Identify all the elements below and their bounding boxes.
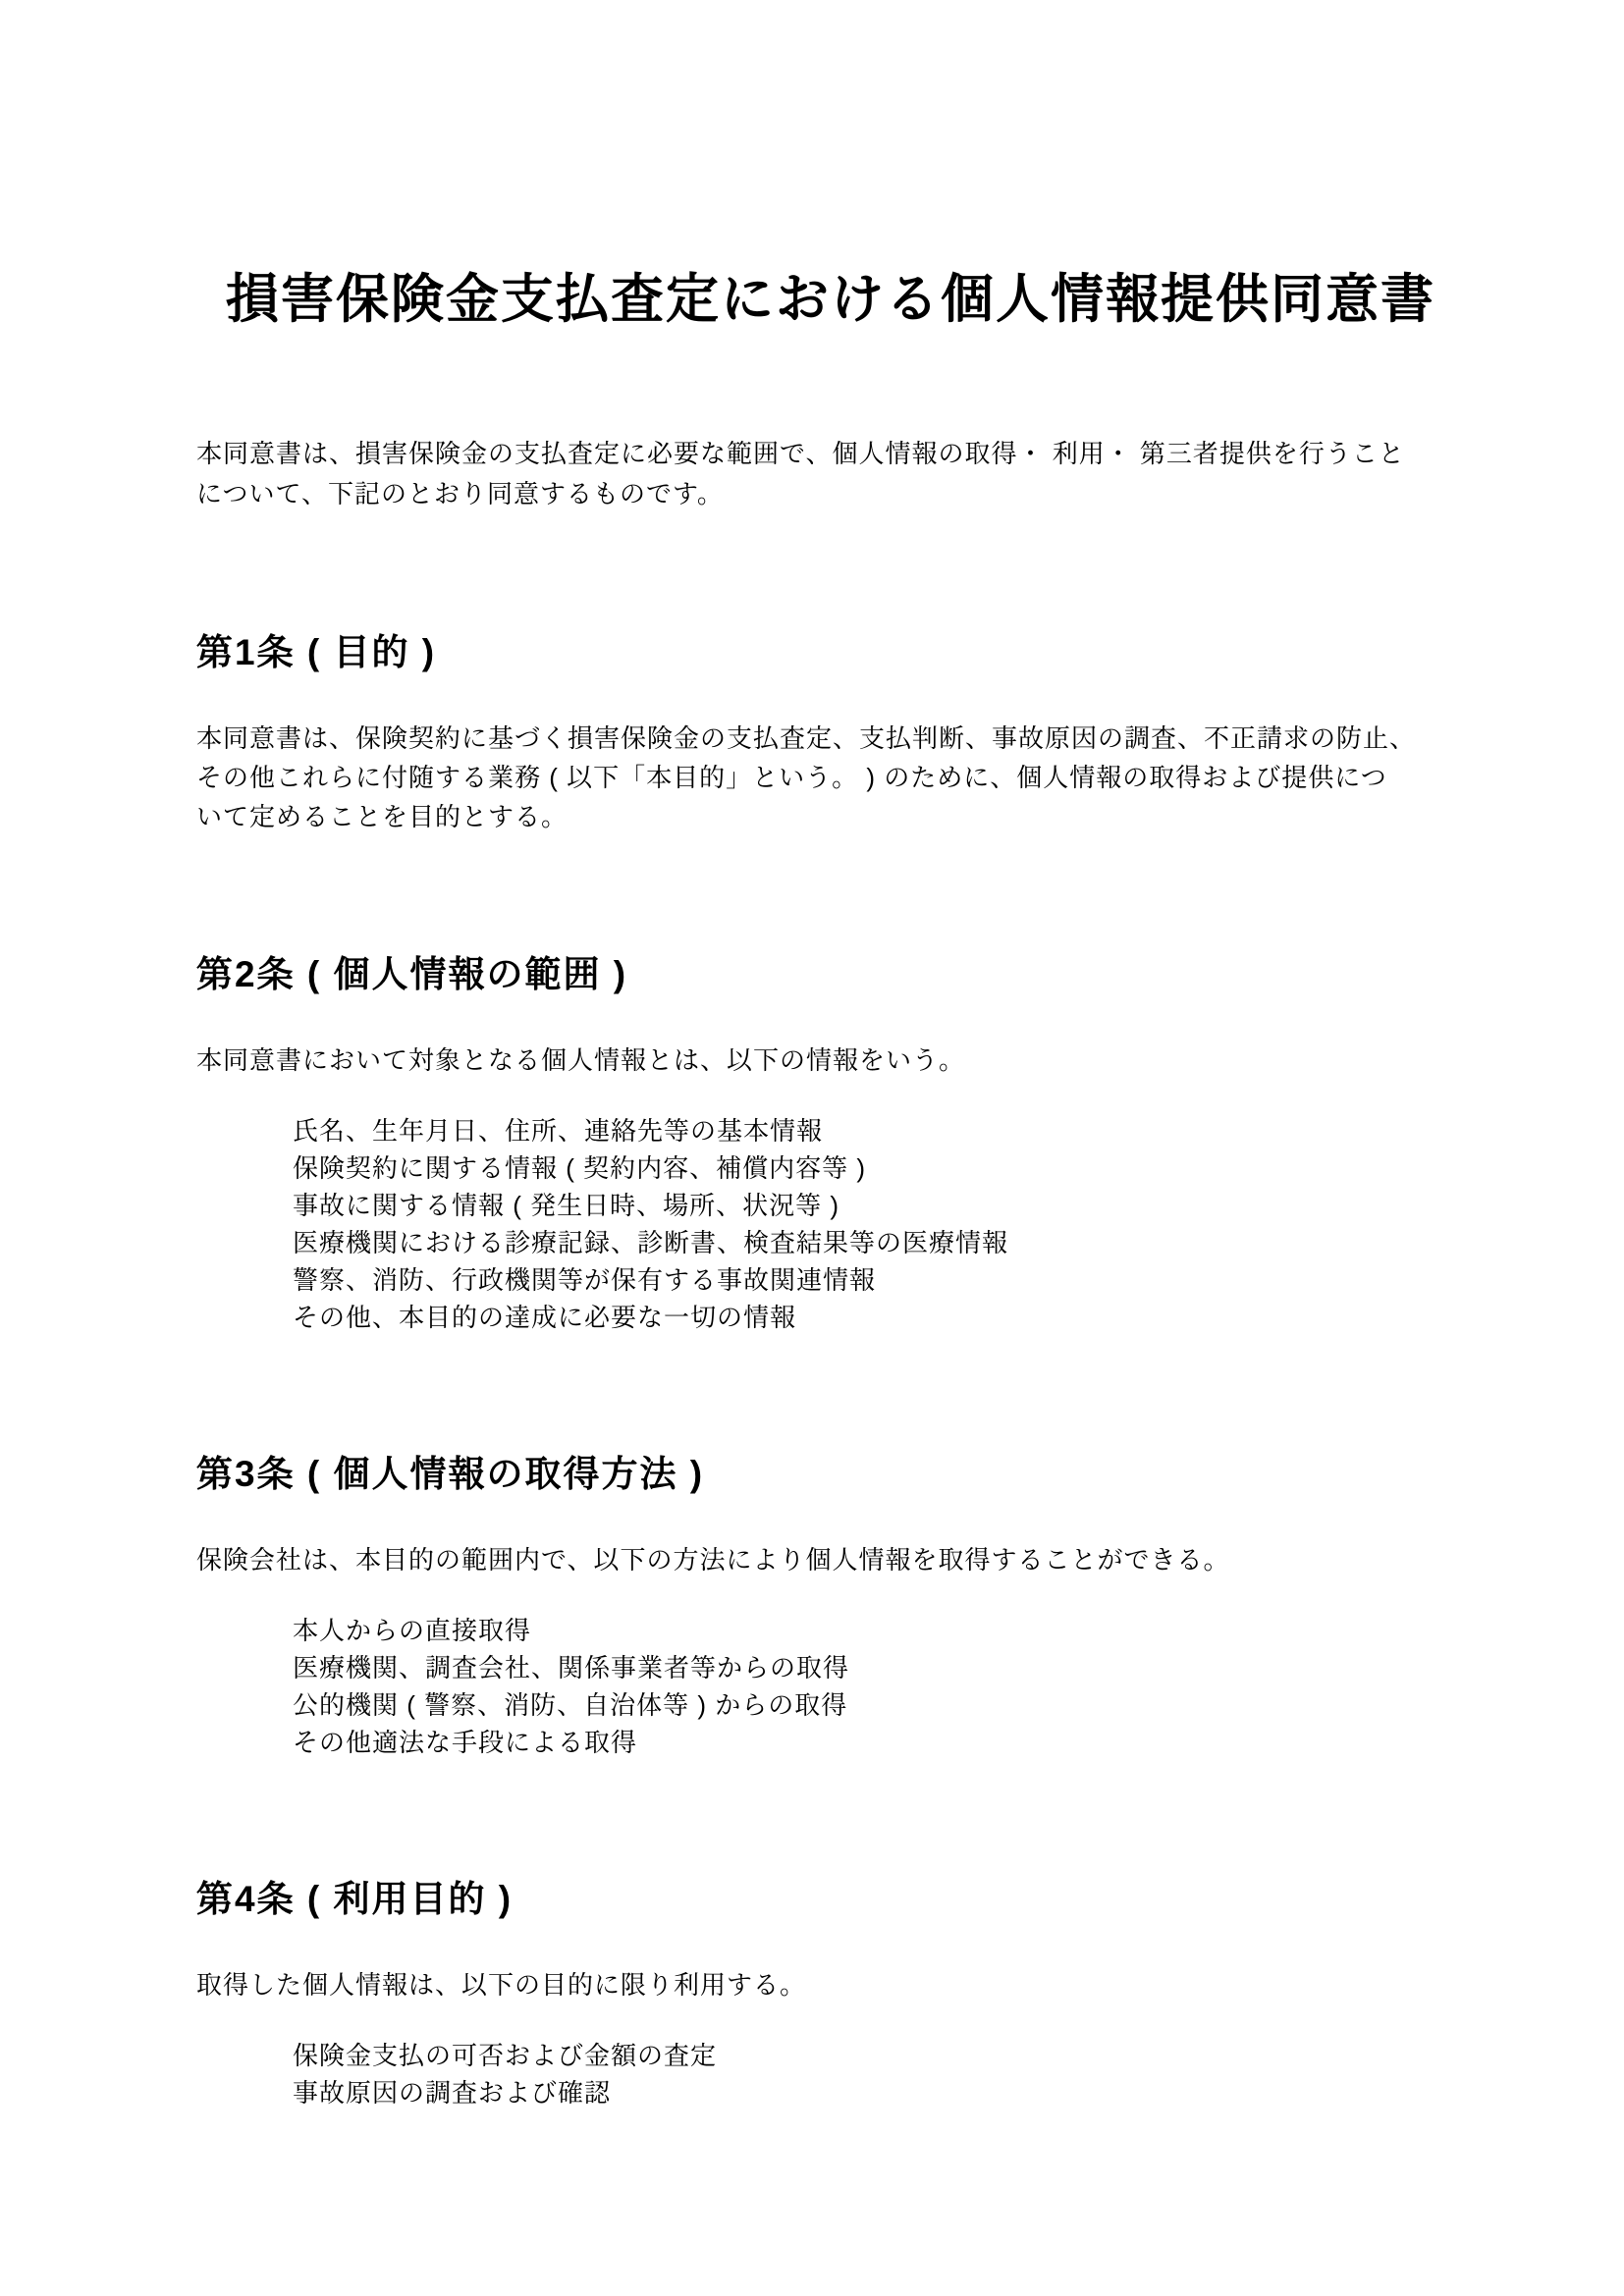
list-item: 事故原因の調査および確認: [293, 2074, 1465, 2111]
list-item: 事故に関する情報 ( 発生日時、場所、状況等 ): [293, 1187, 1465, 1224]
document-page: 損害保険金支払査定における個人情報提供同意書 本同意書は、損害保険金の支払査定に…: [0, 0, 1624, 2296]
article-1: 第1条 ( 目的 ) 本同意書は、保険契約に基づく損害保険金の支払査定、支払判断…: [196, 630, 1465, 836]
article-3: 第3条 ( 個人情報の取得方法 ) 保険会社は、本目的の範囲内で、以下の方法によ…: [196, 1452, 1465, 1761]
list-item: その他、本目的の達成に必要な一切の情報: [293, 1299, 1465, 1336]
list-item: 保険金支払の可否および金額の査定: [293, 2037, 1465, 2074]
article-2-body: 本同意書において対象となる個人情報とは、以下の情報をいう。: [196, 1041, 1465, 1080]
article-4-body: 取得した個人情報は、以下の目的に限り利用する。: [196, 1965, 1465, 2004]
list-item: その他適法な手段による取得: [293, 1724, 1465, 1761]
list-item: 医療機関における診療記録、診断書、検査結果等の医療情報: [293, 1224, 1465, 1261]
list-item: 警察、消防、行政機関等が保有する事故関連情報: [293, 1261, 1465, 1299]
article-4-heading: 第4条 ( 利用目的 ): [196, 1877, 1465, 1922]
list-item: 本人からの直接取得: [293, 1612, 1465, 1649]
body-line: 本同意書において対象となる個人情報とは、以下の情報をいう。: [196, 1041, 1465, 1080]
article-2-list: 氏名、生年月日、住所、連絡先等の基本情報 保険契約に関する情報 ( 契約内容、補…: [293, 1112, 1465, 1336]
body-line: 本同意書は、保険契約に基づく損害保険金の支払査定、支払判断、事故原因の調査、不正…: [196, 719, 1465, 758]
article-2: 第2条 ( 個人情報の範囲 ) 本同意書において対象となる個人情報とは、以下の情…: [196, 952, 1465, 1336]
article-4-list: 保険金支払の可否および金額の査定 事故原因の調査および確認: [293, 2037, 1465, 2111]
list-item: 公的機関 ( 警察、消防、自治体等 ) からの取得: [293, 1686, 1465, 1724]
list-item: 医療機関、調査会社、関係事業者等からの取得: [293, 1649, 1465, 1686]
list-item: 氏名、生年月日、住所、連絡先等の基本情報: [293, 1112, 1465, 1149]
intro-line-2: について、下記のとおり同意するものです。: [196, 474, 1465, 514]
body-line: 取得した個人情報は、以下の目的に限り利用する。: [196, 1965, 1465, 2004]
article-3-heading: 第3条 ( 個人情報の取得方法 ): [196, 1452, 1465, 1497]
article-2-heading: 第2条 ( 個人情報の範囲 ): [196, 952, 1465, 997]
body-line: いて定めることを目的とする。: [196, 797, 1465, 836]
article-4: 第4条 ( 利用目的 ) 取得した個人情報は、以下の目的に限り利用する。 保険金…: [196, 1877, 1465, 2111]
intro-line-1: 本同意書は、損害保険金の支払査定に必要な範囲で、個人情報の取得・ 利用・ 第三者…: [196, 434, 1465, 474]
article-3-list: 本人からの直接取得 医療機関、調査会社、関係事業者等からの取得 公的機関 ( 警…: [293, 1612, 1465, 1761]
body-line: その他これらに付随する業務 ( 以下「本目的」という。 ) のために、個人情報の…: [196, 758, 1465, 797]
article-3-body: 保険会社は、本目的の範囲内で、以下の方法により個人情報を取得することができる。: [196, 1540, 1465, 1579]
article-1-heading: 第1条 ( 目的 ): [196, 630, 1465, 675]
body-line: 保険会社は、本目的の範囲内で、以下の方法により個人情報を取得することができる。: [196, 1540, 1465, 1579]
document-title: 損害保険金支払査定における個人情報提供同意書: [196, 269, 1465, 330]
article-1-body: 本同意書は、保険契約に基づく損害保険金の支払査定、支払判断、事故原因の調査、不正…: [196, 719, 1465, 836]
list-item: 保険契約に関する情報 ( 契約内容、補償内容等 ): [293, 1149, 1465, 1187]
intro-paragraph: 本同意書は、損害保険金の支払査定に必要な範囲で、個人情報の取得・ 利用・ 第三者…: [196, 434, 1465, 514]
